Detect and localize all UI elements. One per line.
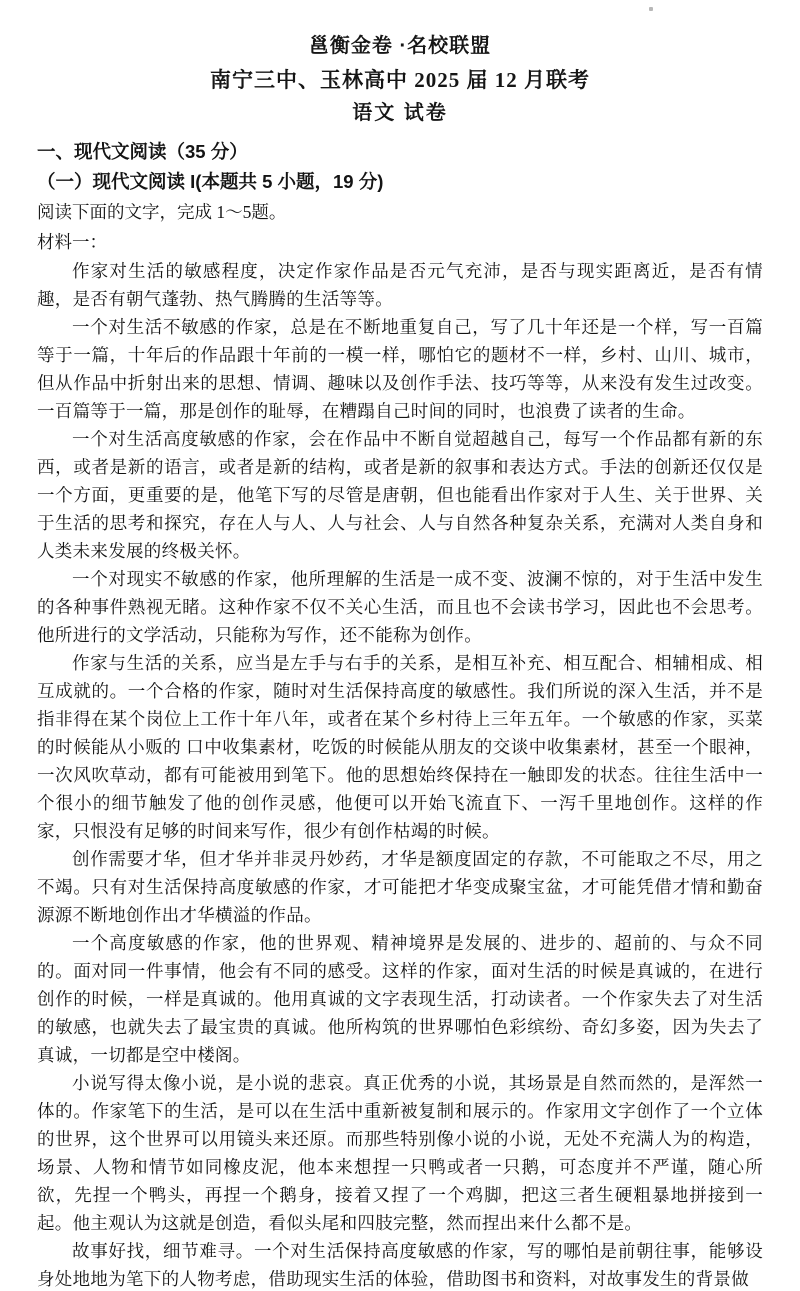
- material-paragraph: 故事好找，细节难寻。一个对生活保持高度敏感的作家，写的哪怕是前朝往事，能够设身处…: [37, 1237, 763, 1291]
- material-paragraph: 创作需要才华，但才华并非灵丹妙药，才华是额度固定的存款，不可能取之不尽，用之不竭…: [37, 845, 763, 929]
- material-paragraph: 作家与生活的关系，应当是左手与右手的关系，是相互补充、相互配合、相辅相成、相互成…: [37, 649, 763, 845]
- paper-header: 邕衡金卷 ·名校联盟 南宁三中、玉林高中 2025 届 12 月联考 语文 试卷: [0, 0, 800, 130]
- paper-body: 一、现代文阅读（35 分） （一）现代文阅读 I(本题共 5 小题，19 分) …: [0, 137, 800, 1291]
- subject-title: 语文 试卷: [0, 97, 800, 130]
- material-paragraph: 一个高度敏感的作家，他的世界观、精神境界是发展的、进步的、超前的、与众不同的。面…: [37, 929, 763, 1069]
- exam-paper-page: 邕衡金卷 ·名校联盟 南宁三中、玉林高中 2025 届 12 月联考 语文 试卷…: [0, 0, 800, 1291]
- section-one-title: 一、现代文阅读（35 分）: [37, 137, 763, 167]
- paper-brand-title: 邕衡金卷 ·名校联盟: [0, 30, 800, 63]
- material-paragraph: 作家对生活的敏感程度，决定作家作品是否元气充沛，是否与现实距离近，是否有情趣，是…: [37, 257, 763, 313]
- material-one-label: 材料一：: [37, 227, 763, 257]
- section-one-part-title: （一）现代文阅读 I(本题共 5 小题，19 分): [37, 167, 763, 197]
- scan-artifact: [649, 7, 653, 11]
- material-paragraph: 小说写得太像小说，是小说的悲哀。真正优秀的小说，其场景是自然而然的，是浑然一体的…: [37, 1069, 763, 1237]
- exam-title: 南宁三中、玉林高中 2025 届 12 月联考: [0, 63, 800, 97]
- reading-instruction: 阅读下面的文字，完成 1～5题。: [37, 197, 763, 227]
- material-paragraph: 一个对生活不敏感的作家，总是在不断地重复自己，写了几十年还是一个样，写一百篇等于…: [37, 313, 763, 425]
- material-paragraph: 一个对现实不敏感的作家，他所理解的生活是一成不变、波澜不惊的，对于生活中发生的各…: [37, 565, 763, 649]
- material-paragraph: 一个对生活高度敏感的作家，会在作品中不断自觉超越自己，每写一个作品都有新的东西，…: [37, 425, 763, 565]
